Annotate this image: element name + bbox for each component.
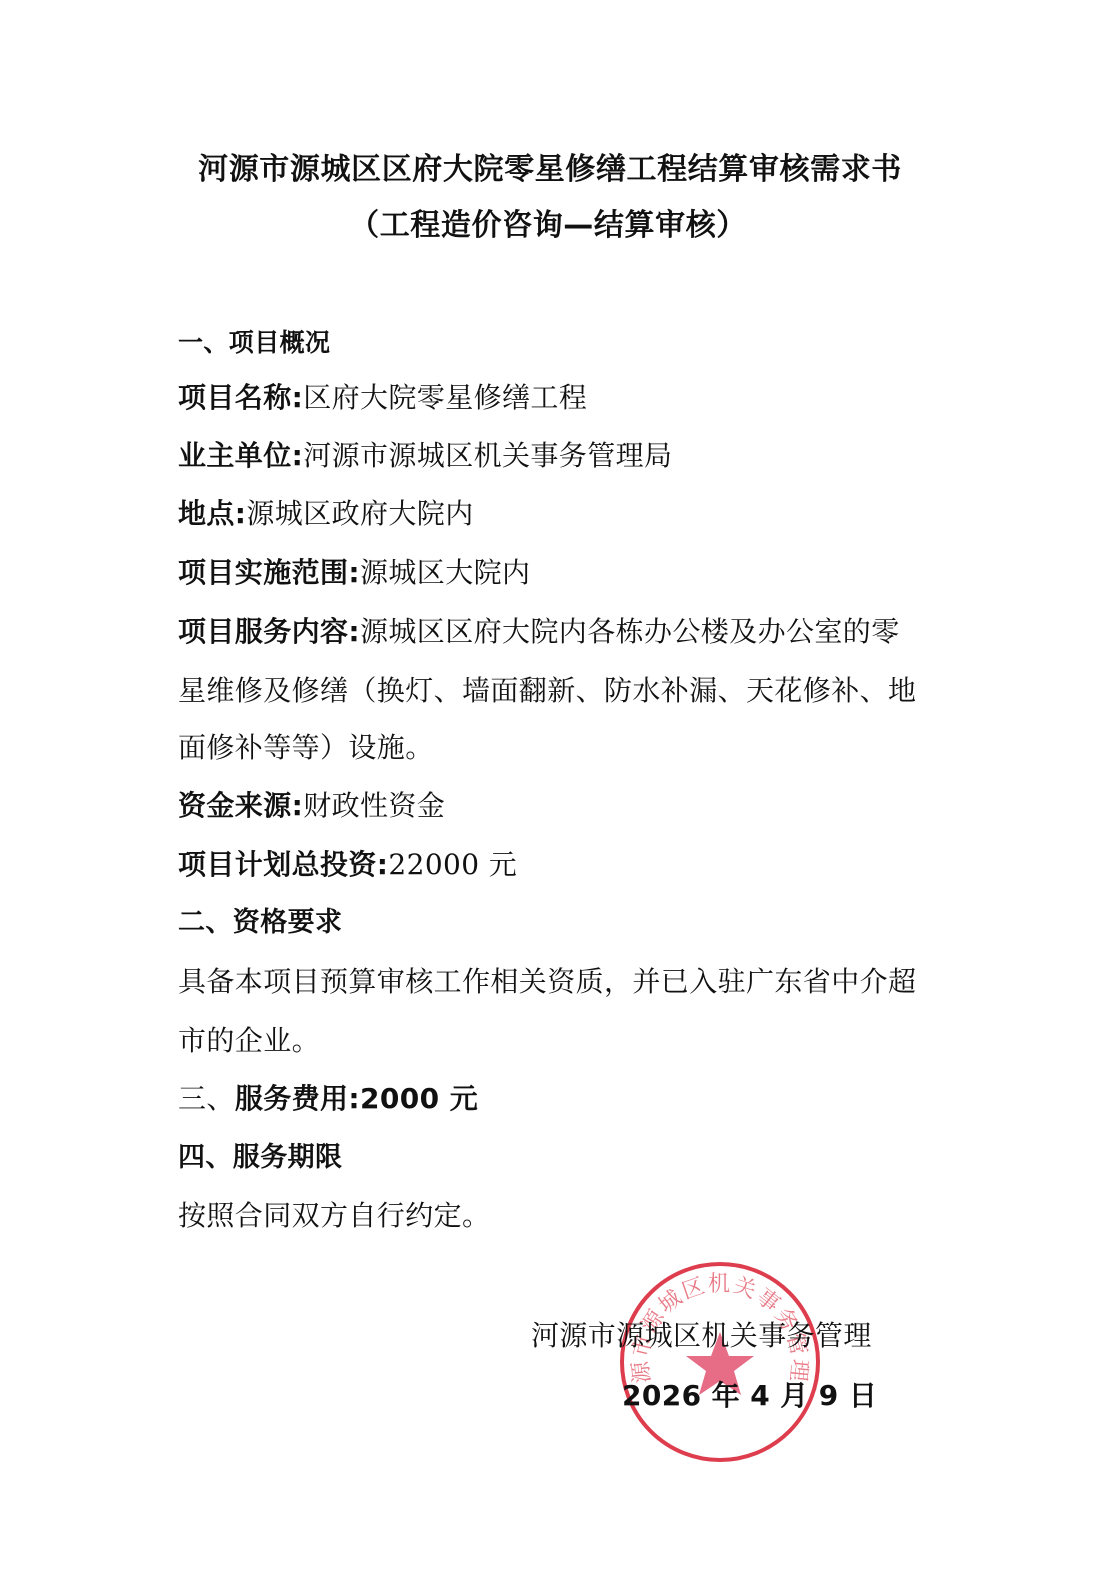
field-service-content: 项目服务内容:源城区区府大院内各栋办公楼及办公室的零	[178, 615, 900, 649]
field-label: 项目名称:	[178, 381, 303, 414]
field-value: 区府大院零星修缮工程	[303, 381, 587, 414]
field-owner: 业主单位:河源市源城区机关事务管理局	[178, 439, 672, 473]
signature-date: 2026 年 4 月 9 日	[622, 1374, 877, 1414]
section-number: 三、	[178, 1082, 235, 1115]
document-subtitle: （工程造价咨询—结算审核）	[0, 200, 1102, 244]
field-label: 服务费用:	[235, 1082, 360, 1115]
field-project-name: 项目名称:区府大院零星修缮工程	[178, 381, 587, 415]
service-period-text: 按照合同双方自行约定。	[178, 1199, 490, 1233]
field-value: 2000 元	[360, 1082, 478, 1115]
field-value: 22000 元	[388, 848, 517, 881]
field-value: 财政性资金	[303, 789, 445, 822]
document-page: 河源市源城区区府大院零星修缮工程结算审核需求书 （工程造价咨询—结算审核） 一、…	[0, 0, 1108, 1576]
section-heading-service-fee: 三、服务费用:2000 元	[178, 1082, 478, 1116]
field-value: 河源市源城区机关事务管理局	[303, 439, 672, 472]
section-heading-overview: 一、项目概况	[178, 326, 330, 360]
field-service-content-line: 面修补等等）设施。	[178, 731, 434, 765]
field-value: 源城区区府大院内各栋办公楼及办公室的零	[360, 615, 900, 648]
official-seal-stamp: 河源市源城区机关事务管理局	[618, 1260, 822, 1464]
field-value: 源城区大院内	[360, 556, 530, 589]
field-fund-source: 资金来源:财政性资金	[178, 789, 445, 823]
field-location: 地点:源城区政府大院内	[178, 497, 474, 531]
field-total-investment: 项目计划总投资:22000 元	[178, 848, 517, 882]
field-scope: 项目实施范围:源城区大院内	[178, 556, 530, 590]
field-label: 资金来源:	[178, 789, 303, 822]
field-label: 地点:	[178, 497, 246, 530]
section-heading-qualification: 二、资格要求	[178, 906, 342, 940]
field-label: 项目服务内容:	[178, 615, 360, 648]
document-title: 河源市源城区区府大院零星修缮工程结算审核需求书	[0, 144, 1104, 188]
field-service-content-line: 星维修及修缮（换灯、墙面翻新、防水补漏、天花修补、地	[178, 674, 916, 708]
section-heading-service-period: 四、服务期限	[178, 1141, 342, 1175]
qualification-text-line: 具备本项目预算审核工作相关资质，并已入驻广东省中介超	[178, 965, 916, 999]
field-label: 项目计划总投资:	[178, 848, 388, 881]
field-label: 项目实施范围:	[178, 556, 360, 589]
qualification-text-line: 市的企业。	[178, 1024, 320, 1058]
signature-organization: 河源市源城区机关事务管理	[531, 1314, 872, 1354]
field-label: 业主单位:	[178, 439, 303, 472]
field-value: 源城区政府大院内	[246, 497, 473, 530]
